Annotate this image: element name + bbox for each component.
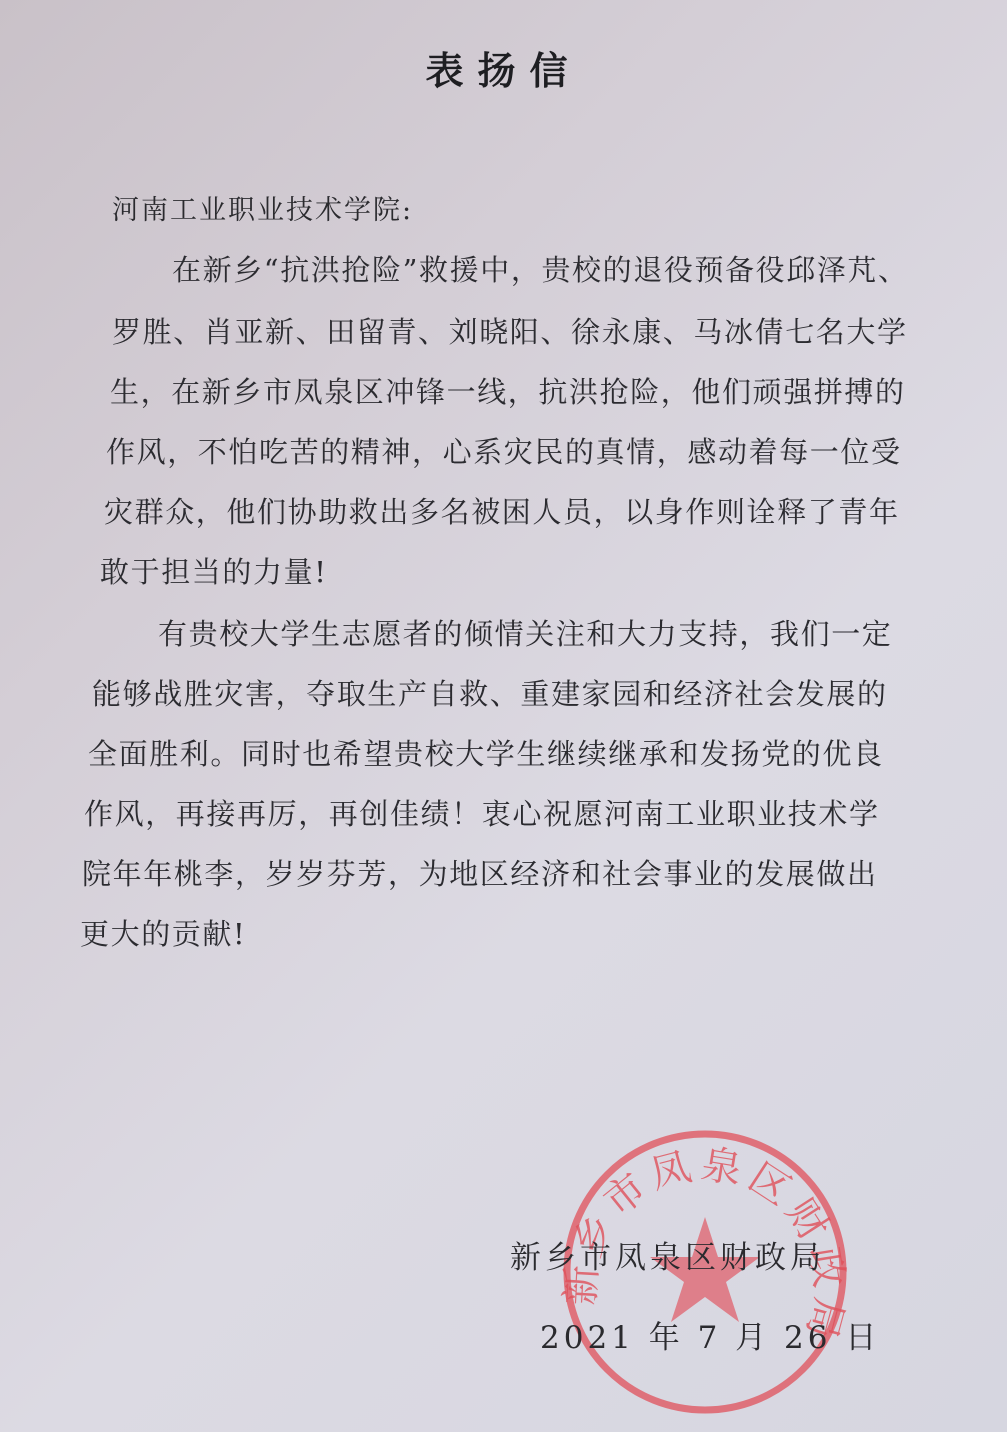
paragraph-line: 能够战胜灾害，夺取生产自救、重建家园和经济社会发展的 — [92, 672, 888, 713]
paragraph-line: 灾群众，他们协助救出多名被困人员，以身作则诠释了青年 — [104, 490, 900, 531]
paragraph-line: 院年年桃李，岁岁芬芳，为地区经济和社会事业的发展做出 — [82, 852, 878, 893]
salutation: 河南工业职业技术学院: — [112, 188, 413, 227]
paragraph-line: 罗胜、肖亚新、田留青、刘晓阳、徐永康、马冰倩七名大学 — [112, 310, 908, 351]
letter-page: 表扬信 河南工业职业技术学院: 在新乡“抗洪抢险”救援中，贵校的退役预备役邱泽芃… — [0, 0, 1007, 1432]
paragraph-line: 作风，不怕吃苦的精神，心系灾民的真情，感动着每一位受 — [106, 430, 902, 471]
signature-organization: 新乡市凤泉区财政局 — [510, 1232, 825, 1277]
paragraph-line: 更大的贡献! — [80, 912, 246, 953]
paragraph-line: 作风，再接再厉，再创佳绩！衷心祝愿河南工业职业技术学 — [84, 792, 880, 833]
letter-title: 表扬信 — [0, 40, 1007, 95]
paragraph-line: 敢于担当的力量! — [100, 550, 327, 591]
paragraph-line: 在新乡“抗洪抢险”救援中，贵校的退役预备役邱泽芃、 — [172, 248, 909, 289]
paragraph-line: 生，在新乡市凤泉区冲锋一线，抗洪抢险，他们顽强拼搏的 — [110, 370, 906, 411]
signature-date: 2021 年 7 月 26 日 — [540, 1312, 880, 1357]
paragraph-line: 有贵校大学生志愿者的倾情关注和大力支持，我们一定 — [158, 612, 892, 653]
paragraph-line: 全面胜利。同时也希望贵校大学生继续继承和发扬党的优良 — [88, 732, 884, 773]
